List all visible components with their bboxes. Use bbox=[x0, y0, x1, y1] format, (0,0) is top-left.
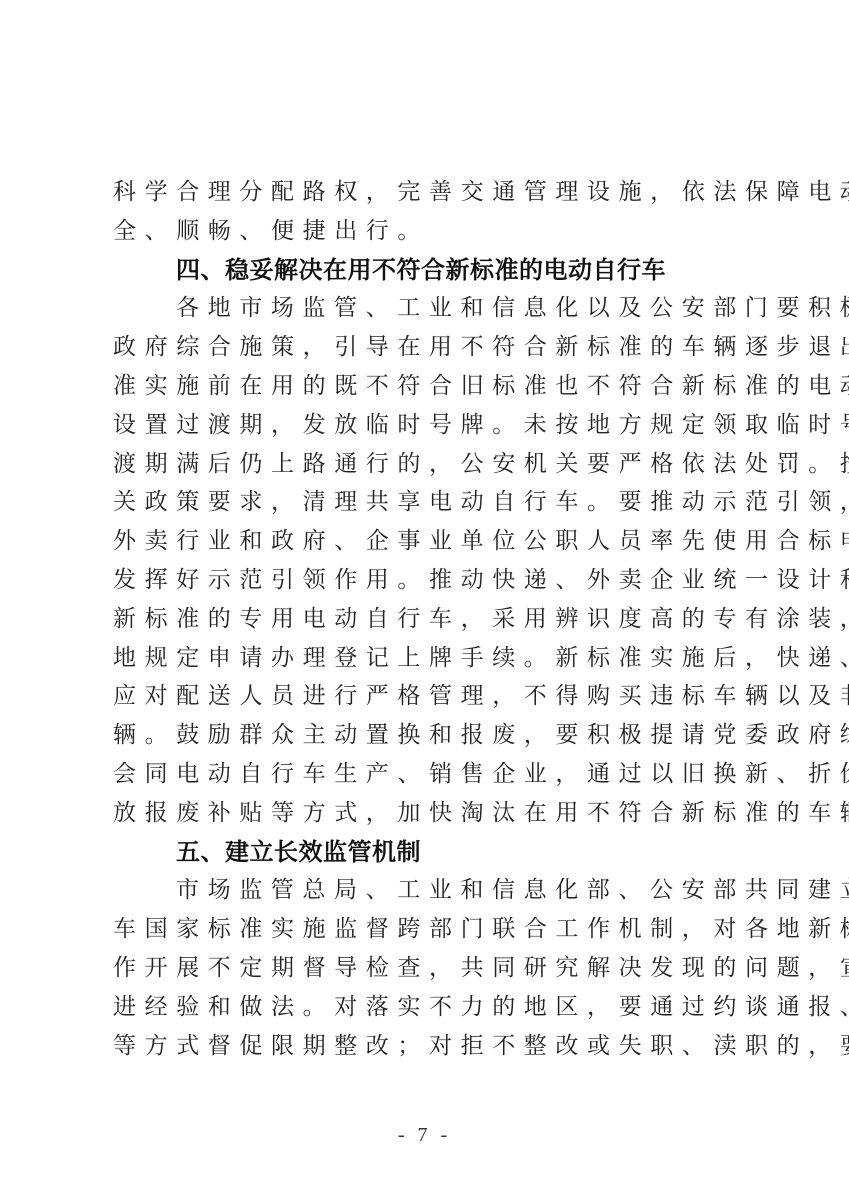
body-line: 设置过渡期，发放临时号牌。未按地方规定领取临时号牌以及过 bbox=[113, 406, 721, 445]
paragraph-start: 市场监管总局、工业和信息化部、公安部共同建立电动自行 bbox=[113, 871, 721, 910]
body-line: 车国家标准实施监督跨部门联合工作机制，对各地新标准实施工 bbox=[113, 910, 721, 949]
body-line: 放报废补贴等方式，加快淘汰在用不符合新标准的车辆。 bbox=[113, 794, 721, 833]
body-line: 辆。鼓励群众主动置换和报废，要积极提请党委政府综合施策， bbox=[113, 716, 721, 755]
body-line: 等方式督促限期整改；对拒不整改或失职、渎职的，要严格依法 bbox=[113, 1027, 721, 1066]
body-line: 应对配送人员进行严格管理，不得购买违标车辆以及非法改装车 bbox=[113, 677, 721, 716]
body-line: 外卖行业和政府、企事业单位公职人员率先使用合标电动自行车， bbox=[113, 522, 721, 561]
body-line: 准实施前在用的既不符合旧标准也不符合新标准的电动自行车， bbox=[113, 367, 721, 406]
body-line: 关政策要求，清理共享电动自行车。要推动示范引领，引导快递、 bbox=[113, 483, 721, 522]
body-line: 发挥好示范引领作用。推动快递、外卖企业统一设计和采购符合 bbox=[113, 561, 721, 600]
body-line: 科学合理分配路权，完善交通管理设施，依法保障电动自行车安 bbox=[113, 173, 721, 212]
section-heading-5: 五、建立长效监管机制 bbox=[113, 833, 721, 872]
section-heading-4: 四、稳妥解决在用不符合新标准的电动自行车 bbox=[113, 251, 721, 290]
body-line: 地规定申请办理登记上牌手续。新标准实施后，快递、外卖企业 bbox=[113, 639, 721, 678]
body-line: 作开展不定期督导检查，共同研究解决发现的问题，宣传推广先 bbox=[113, 949, 721, 988]
body-line: 渡期满后仍上路通行的，公安机关要严格依法处罚。按照国家有 bbox=[113, 445, 721, 484]
body-line: 政府综合施策，引导在用不符合新标准的车辆逐步退出，对新标 bbox=[113, 328, 721, 367]
body-line: 进经验和做法。对落实不力的地区，要通过约谈通报、挂牌督办 bbox=[113, 988, 721, 1027]
body-line: 新标准的专用电动自行车，采用辨识度高的专有涂装，并按照当 bbox=[113, 600, 721, 639]
body-line: 会同电动自行车生产、销售企业，通过以旧换新、折价回购、发 bbox=[113, 755, 721, 794]
body-line: 全、顺畅、便捷出行。 bbox=[113, 212, 721, 251]
paragraph-start: 各地市场监管、工业和信息化以及公安部门要积极提请党委 bbox=[113, 289, 721, 328]
page-number: - 7 - bbox=[0, 1124, 849, 1147]
document-body: 科学合理分配路权，完善交通管理设施，依法保障电动自行车安 全、顺畅、便捷出行。 … bbox=[113, 173, 721, 1065]
